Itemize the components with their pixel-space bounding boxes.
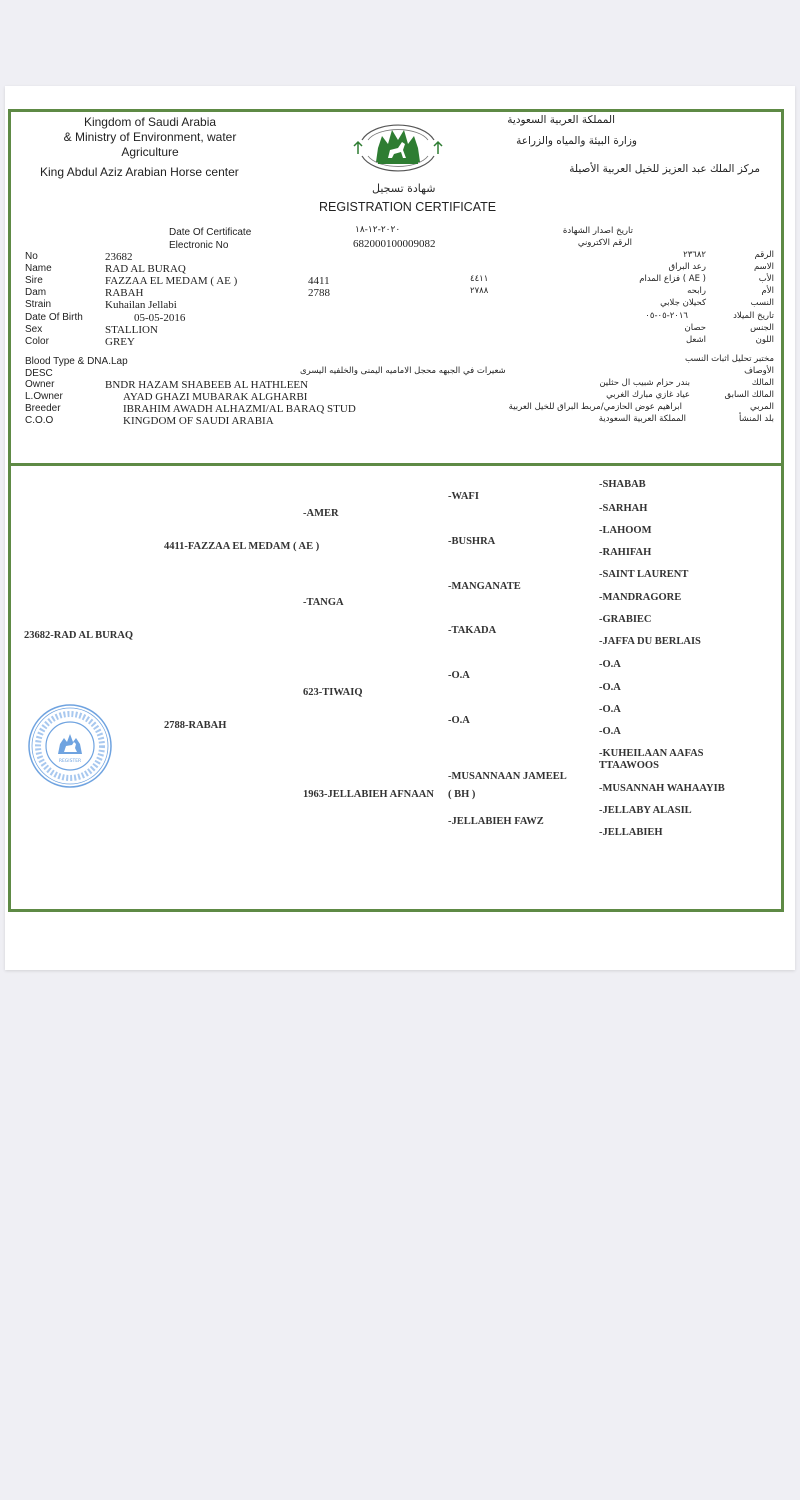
field-value-ar: كحيلان جلابي (660, 298, 706, 308)
registry-stamp-icon: REGISTER (26, 702, 114, 790)
title-arabic: شهادة تسجيل (372, 182, 435, 195)
field-value: Kuhailan Jellabi (105, 299, 177, 311)
field-label: Sex (25, 324, 42, 335)
electronic-label-ar: الرقم الاكتروني (578, 238, 632, 248)
pedigree-gen3-ancestor: -BUSHRA (448, 536, 495, 547)
field-number-ar: ٤٤١١ (470, 274, 488, 284)
pedigree-gen4-ancestor: -SARHAH (599, 503, 647, 514)
pedigree-gen2-ancestor: -AMER (303, 508, 339, 519)
owner-value: BNDR HAZAM SHABEEB AL HATHLEEN (105, 379, 308, 391)
owner-value: KINGDOM OF SAUDI ARABIA (123, 415, 274, 427)
stamp-text: REGISTER (59, 758, 81, 764)
header-english: Kingdom of Saudi Arabia & Ministry of En… (40, 115, 260, 160)
pedigree-gen4-ancestor: -LAHOOM (599, 525, 652, 536)
desc-label: DESC (25, 368, 53, 379)
pedigree-gen2-ancestor: 1963-JELLABIEH AFNAAN (303, 789, 434, 800)
pedigree-gen4-ancestor: -GRABIEC (599, 614, 652, 625)
date-label-ar: تاريخ اصدار الشهادة (563, 226, 633, 236)
field-value: FAZZAA EL MEDAM ( AE ) (105, 275, 237, 287)
field-label: Sire (25, 275, 43, 286)
pedigree-gen3-ancestor: -O.A (448, 715, 470, 726)
electronic-value: 682000100009082 (353, 238, 436, 250)
field-label-ar: الأم (762, 286, 774, 296)
field-value: RABAH (105, 287, 144, 299)
pedigree-gen3-ancestor: -MANGANATE (448, 581, 521, 592)
pedigree-gen4-ancestor: -SHABAB (599, 479, 646, 490)
field-value: RAD AL BURAQ (105, 263, 186, 275)
pedigree-gen3-ancestor: -TAKADA (448, 625, 496, 636)
pedigree-gen4-ancestor: -SAINT LAURENT (599, 569, 688, 580)
owner-label: C.O.O (25, 415, 53, 426)
pedigree-gen4-ancestor: -O.A (599, 659, 621, 670)
pedigree-gen4-ancestor: -MUSANNAH WAHAAYIB (599, 783, 725, 794)
pedigree-gen3-ancestor: -MUSANNAAN JAMEEL (448, 771, 567, 782)
field-number: 4411 (308, 275, 330, 287)
owner-value-ar: بندر حزام شبيب ال حثلين (599, 378, 690, 388)
pedigree-sire: 4411-FAZZAA EL MEDAM ( AE ) (164, 541, 319, 552)
owner-value-ar: عياد غازي مبارك الغربي (606, 390, 690, 400)
owner-value: IBRAHIM AWADH ALHAZMI/AL BARAQ STUD (123, 403, 356, 415)
field-value-ar: ٢٠١٦-٠٥-٠٥ (645, 311, 688, 321)
pedigree-horse: 23682-RAD AL BURAQ (24, 630, 133, 641)
pedigree-gen4-ancestor: -JELLABY ALASIL (599, 805, 692, 816)
field-label: Dam (25, 287, 46, 298)
field-value-ar: رابحه (687, 286, 706, 296)
field-label-ar: الجنس (750, 323, 774, 333)
pedigree-gen4-ancestor: -O.A (599, 726, 621, 737)
date-label: Date Of Certificate (169, 227, 251, 238)
field-number: 2788 (308, 287, 330, 299)
header-ar-line2: وزارة البيئة والمياه والزراعة (516, 135, 637, 147)
field-label: Date Of Birth (25, 312, 83, 323)
field-label-ar: الأب (759, 274, 774, 284)
owner-value-ar: ابراهيم عوض الحازمي/مربط البراق للخيل ال… (509, 402, 682, 412)
field-value-ar: ٢٣٦٨٢ (683, 250, 706, 260)
field-label: Strain (25, 299, 51, 310)
owner-label: L.Owner (25, 391, 63, 402)
field-label-ar: اللون (756, 335, 774, 345)
header-ar-line1: المملكة العربية السعودية (507, 114, 615, 126)
horse-center-emblem-icon (348, 114, 448, 182)
header-en-line2: & Ministry of Environment, water (40, 130, 260, 145)
pedigree-gen4-ancestor: -KUHEILAAN AAFAS TTAAWOOS (599, 748, 729, 772)
title-english: REGISTRATION CERTIFICATE (319, 200, 496, 214)
header-en-line3: Agriculture (40, 145, 260, 160)
header-ar-line3: مركز الملك عبد العزيز للخيل العربية الأص… (569, 163, 760, 175)
field-label: No (25, 251, 38, 262)
owner-label: Breeder (25, 403, 61, 414)
blood-label-ar: مختبر تحليل اثبات النسب (685, 354, 774, 364)
pedigree-gen4-ancestor: -MANDRAGORE (599, 592, 681, 603)
field-value-ar: حصان (685, 323, 706, 333)
pedigree-gen4-ancestor: -O.A (599, 682, 621, 693)
pedigree-gen2-ancestor: -TANGA (303, 597, 344, 608)
header-en-line1: Kingdom of Saudi Arabia (40, 115, 260, 130)
desc-value-ar: شعيرات في الجبهه محجل الاماميه اليمنى وا… (300, 366, 506, 376)
field-label-ar: النسب (751, 298, 774, 308)
owner-label-ar: المربي (750, 402, 774, 412)
field-label: Name (25, 263, 52, 274)
section-divider (8, 463, 784, 466)
pedigree-gen4-ancestor: -O.A (599, 704, 621, 715)
pedigree-gen2-ancestor: 623-TIWAIQ (303, 687, 363, 698)
owner-value-ar: المملكة العربية السعودية (599, 414, 686, 424)
owner-label: Owner (25, 379, 54, 390)
field-value-ar: اشعل (686, 335, 706, 345)
header-en-center: King Abdul Aziz Arabian Horse center (40, 165, 239, 180)
field-value-ar: ( AE ) فزاع المدام (639, 274, 706, 284)
field-value: GREY (105, 336, 135, 348)
blood-label: Blood Type & DNA.Lap (25, 356, 128, 367)
field-value: STALLION (105, 324, 158, 336)
field-label-ar: تاريخ الميلاد (733, 311, 774, 321)
owner-label-ar: المالك (752, 378, 774, 388)
field-value: 23682 (105, 251, 133, 263)
pedigree-gen2-suffix: ( BH ) (448, 789, 475, 800)
field-value: 05-05-2016 (134, 312, 185, 324)
owner-label-ar: المالك السابق (725, 390, 775, 400)
electronic-label: Electronic No (169, 240, 228, 251)
owner-label-ar: بلد المنشأ (739, 414, 774, 424)
pedigree-gen4-ancestor: -JELLABIEH (599, 827, 663, 838)
pedigree-dam: 2788-RABAH (164, 720, 226, 731)
field-label: Color (25, 336, 49, 347)
field-label-ar: الرقم (755, 250, 774, 260)
pedigree-gen3-ancestor: -JELLABIEH FAWZ (448, 816, 544, 827)
desc-label-ar: الأوصاف (744, 366, 774, 376)
field-value-ar: رعد البراق (668, 262, 706, 272)
field-label-ar: الاسم (754, 262, 774, 272)
date-value-ar: ٢٠٢٠-١٢-١٨ (355, 225, 400, 235)
pedigree-gen3-ancestor: -WAFI (448, 491, 479, 502)
pedigree-gen4-ancestor: -JAFFA DU BERLAIS (599, 636, 701, 647)
pedigree-gen4-ancestor: -RAHIFAH (599, 547, 651, 558)
owner-value: AYAD GHAZI MUBARAK ALGHARBI (123, 391, 307, 403)
pedigree-gen3-ancestor: -O.A (448, 670, 470, 681)
field-number-ar: ٢٧٨٨ (470, 286, 488, 296)
